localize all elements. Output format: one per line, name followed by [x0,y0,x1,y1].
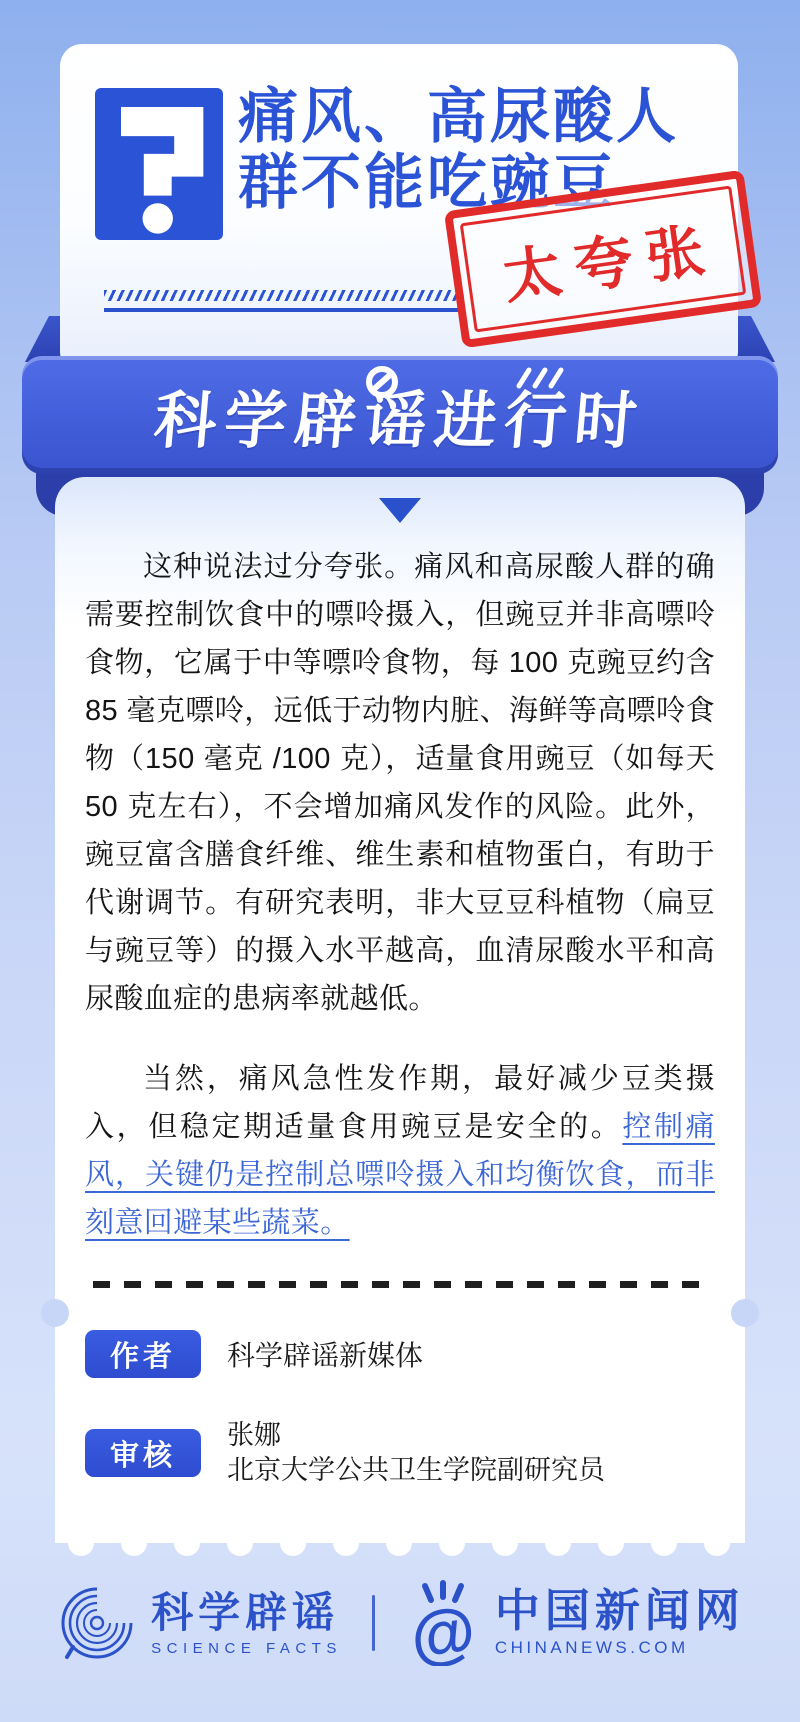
author-badge: 作者 [85,1330,201,1378]
reviewer-row: 审核 张娜 北京大学公共卫生学院副研究员 [55,1418,745,1488]
chinanews-logo: @ 中国新闻网 CHINANEWS.COM [405,1580,745,1666]
section-banner: 科学辟谣进行时 [22,356,778,474]
dashed-separator [93,1281,707,1288]
chinanews-logo-cn: 中国新闻网 [495,1588,745,1634]
question-mark-icon [95,88,223,240]
hatch-divider [104,290,464,301]
verdict-stamp-inner-border: 太夸张 [460,185,747,332]
science-facts-logo: 科学辟谣 SCIENCE FACTS [55,1581,342,1665]
article-paragraph-2-text: 当然，痛风急性发作期，最好减少豆类摄入，但稳定期适量食用豌豆是安全的。 [85,1063,715,1143]
reviewer-info: 张娜 北京大学公共卫生学院副研究员 [227,1418,605,1488]
svg-text:@: @ [406,1592,480,1666]
claim-title-line1: 痛风、高尿酸人 [238,84,679,150]
claim-card: 痛风、高尿酸人 群不能吃豌豆 太夸张 [60,44,738,374]
poster-page: 痛风、高尿酸人 群不能吃豌豆 太夸张 这种说法过分夸张。痛风和高尿酸人群的确需要… [0,0,800,1722]
article-paragraph-1: 这种说法过分夸张。痛风和高尿酸人群的确需要控制饮食中的嘌呤摄入，但豌豆并非高嘌呤… [85,477,715,1023]
verdict-stamp-text: 太夸张 [483,201,722,316]
ticket-notch-right [731,1299,759,1327]
pointer-down-icon [379,498,421,523]
article-paragraph-2: 当然，痛风急性发作期，最好减少豆类摄入，但稳定期适量食用豌豆是安全的。控制痛风，… [85,1055,715,1247]
article-body: 这种说法过分夸张。痛风和高尿酸人群的确需要控制饮食中的嘌呤摄入，但豌豆并非高嘌呤… [55,477,745,1247]
reviewer-name: 张娜 [227,1418,605,1453]
author-row: 作者 科学辟谣新媒体 [55,1330,745,1378]
author-value: 科学辟谣新媒体 [227,1334,423,1374]
chinanews-at-icon: @ [405,1580,483,1666]
chinanews-logo-en: CHINANEWS.COM [495,1638,689,1658]
ticket-notch-left [41,1299,69,1327]
content-card: 这种说法过分夸张。痛风和高尿酸人群的确需要控制饮食中的嘌呤摄入，但豌豆并非高嘌呤… [55,477,745,1543]
reviewer-badge: 审核 [85,1429,201,1477]
scalloped-edge [55,1542,745,1556]
solid-divider [104,308,464,312]
no-rumor-icon [362,362,402,402]
science-facts-swirl-icon [55,1581,139,1665]
speed-marks-icon [513,364,565,390]
footer-logo-divider [372,1595,375,1651]
science-facts-logo-en: SCIENCE FACTS [151,1640,342,1657]
reviewer-title: 北京大学公共卫生学院副研究员 [227,1453,605,1488]
footer-logos: 科学辟谣 SCIENCE FACTS @ 中国新闻网 CHINANEWS.COM [0,1580,800,1666]
science-facts-logo-cn: 科学辟谣 [151,1590,339,1636]
